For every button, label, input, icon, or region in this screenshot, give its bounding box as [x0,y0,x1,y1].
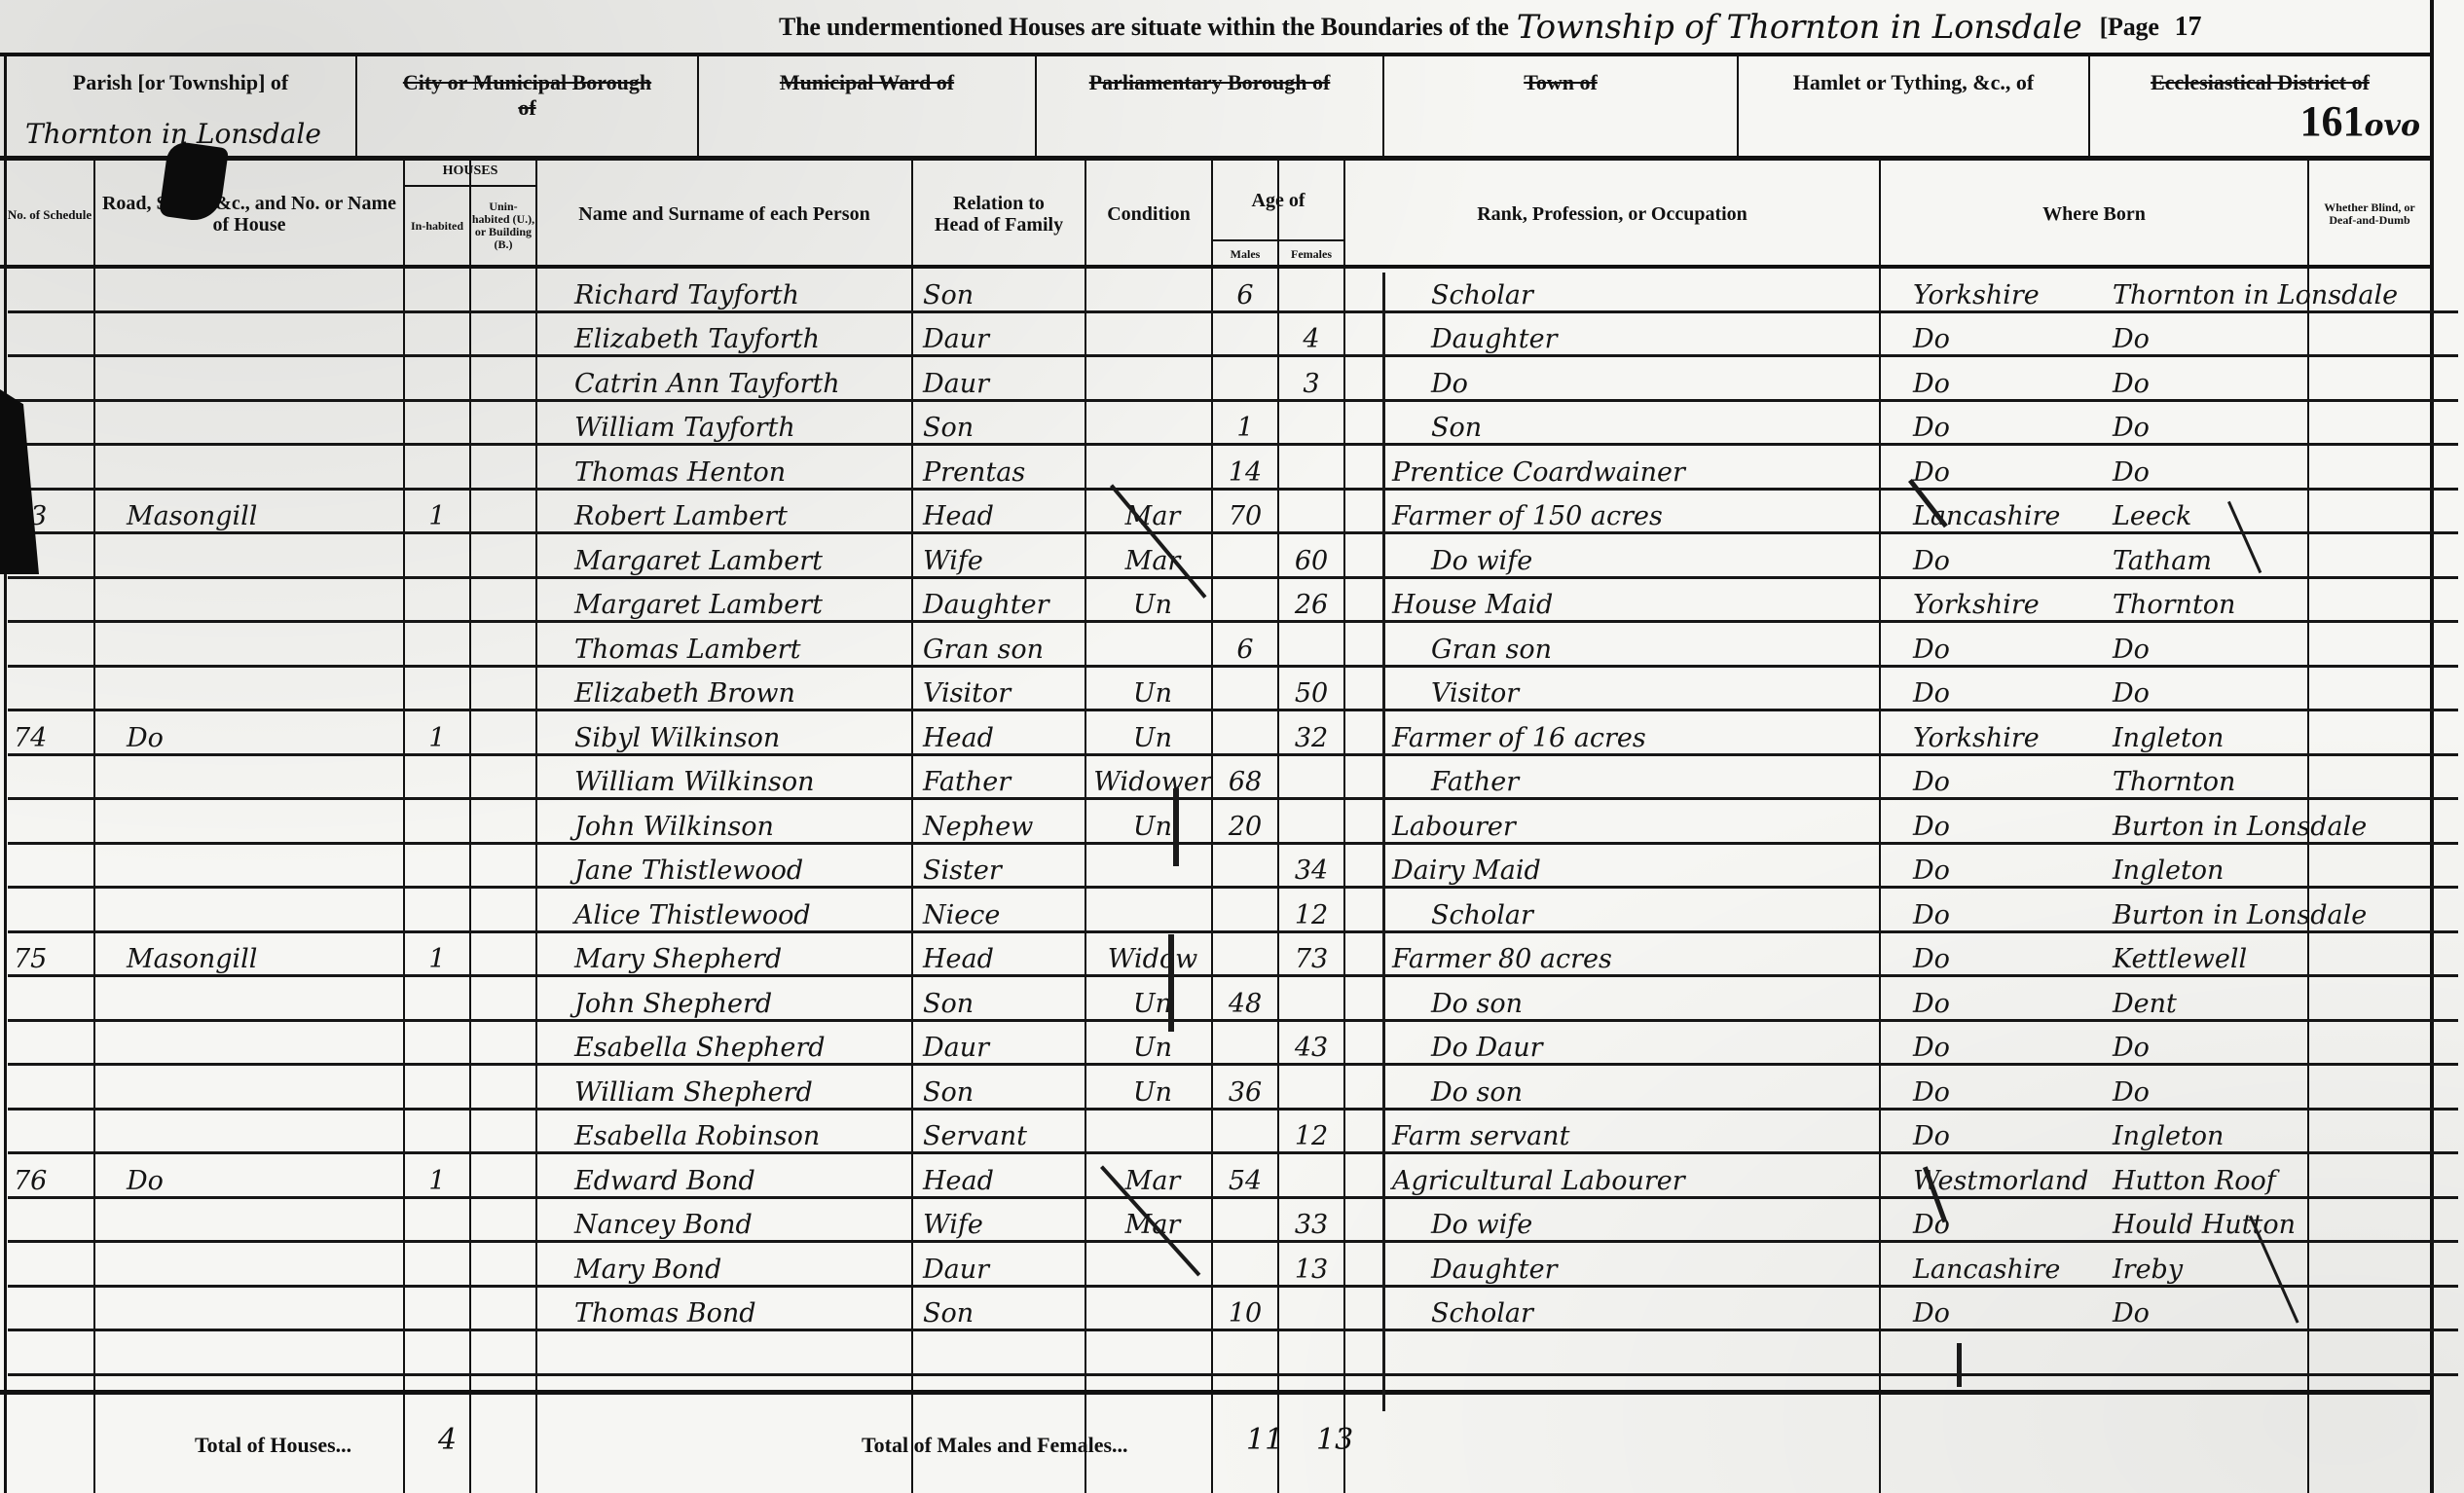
cell-schedule [14,1243,92,1288]
cell-male-age: 10 [1213,1288,1277,1332]
cell-house [127,1022,399,1067]
total-persons-label: Total of Males and Females... [862,1433,1128,1458]
totals-row: Total of Houses... 4 Total of Males and … [0,1394,2464,1481]
cell-born-county: Lancashire [1913,1243,2088,1288]
cell-inhabited [405,1111,469,1155]
cell-born-place: Do [2113,1288,2307,1332]
cell-relation: Father [923,756,1085,801]
cell-relation: Wife [923,1199,1085,1244]
cell-relation: Son [923,1288,1085,1332]
cell-house [127,313,399,358]
cell-house: Do [127,1154,399,1199]
cell-occupation: Do [1392,357,1879,402]
cell-condition [1094,313,1211,358]
cell-blind [2309,269,2430,313]
cell-condition: Widow [1094,933,1211,978]
census-row: Esabella ShepherdDaurUn43Do DaurDoDo [0,1022,2464,1067]
tally-mark [1173,788,1179,866]
cell-female-age: 73 [1279,933,1343,978]
boundary-label: Town of [1384,70,1737,95]
cell-blind [2309,1154,2430,1199]
census-row: 76Do1Edward BondHeadMar54Agricultural La… [0,1154,2464,1199]
cell-condition [1094,623,1211,668]
census-row: John ShepherdSonUn48Do sonDoDent [0,977,2464,1022]
cell-female-age: 50 [1279,668,1343,712]
cell-relation: Niece [923,889,1085,933]
cell-born-county: Do [1913,933,2088,978]
cell-house [127,269,399,313]
cell-born-county: Do [1913,889,2088,933]
cell-male-age: 54 [1213,1154,1277,1199]
cell-female-age [1279,977,1343,1022]
cell-male-age: 20 [1213,800,1277,845]
cell-house: Masongill [127,933,399,978]
cell-inhabited [405,269,469,313]
col-header-males: Males [1213,241,1277,267]
cell-name: John Wilkinson [574,800,915,845]
cell-condition: Un [1094,668,1211,712]
cell-occupation: Scholar [1392,1288,1879,1332]
cell-relation: Prentas [923,446,1085,491]
cell-name: Thomas Henton [574,446,915,491]
cell-name: Richard Tayforth [574,269,915,313]
census-row: William WilkinsonFatherWidower68FatherDo… [0,756,2464,801]
cell-name: Margaret Lambert [574,534,915,579]
census-row: Thomas HentonPrentas14Prentice Coardwain… [0,446,2464,491]
cell-condition [1094,1111,1211,1155]
cell-born-place: Ingleton [2113,845,2307,890]
cell-blind [2309,1331,2430,1376]
cell-house [127,1331,399,1376]
cell-relation: Daughter [923,579,1085,624]
cell-occupation: Do son [1392,977,1879,1022]
cell-condition: Un [1094,1066,1211,1111]
census-row: Jane ThistlewoodSister34Dairy MaidDoIngl… [0,845,2464,890]
census-row: Alice ThistlewoodNiece12ScholarDoBurton … [0,889,2464,933]
cell-male-age [1213,933,1277,978]
census-row: Nancey BondWifeMar33Do wifeDoHould Hutto… [0,1199,2464,1244]
cell-born-county: Do [1913,357,2088,402]
cell-house [127,1066,399,1111]
cell-relation: Visitor [923,668,1085,712]
cell-occupation: Farmer of 150 acres [1392,491,1879,535]
cell-house [127,1288,399,1332]
cell-male-age: 14 [1213,446,1277,491]
cell-schedule: 76 [14,1154,92,1199]
cell-schedule [14,668,92,712]
cell-born-county: Do [1913,402,2088,447]
cell-born-place: Burton in Lonsdale [2113,889,2307,933]
cell-inhabited [405,889,469,933]
cell-name: Elizabeth Brown [574,668,915,712]
cell-house [127,756,399,801]
cell-blind [2309,446,2430,491]
cell-schedule [14,1331,92,1376]
cell-born-place: Thornton [2113,756,2307,801]
cell-blind [2309,1111,2430,1155]
cell-condition [1094,357,1211,402]
cell-female-age [1279,756,1343,801]
cell-male-age [1213,313,1277,358]
title-prefix: The undermentioned Houses are situate wi… [779,13,1509,42]
cell-male-age [1213,357,1277,402]
cell-born-place: Do [2113,668,2307,712]
cell-occupation: Do wife [1392,1199,1879,1244]
cell-inhabited [405,845,469,890]
cell-condition: Mar [1094,534,1211,579]
cell-name: Catrin Ann Tayforth [574,357,915,402]
cell-blind [2309,1199,2430,1244]
cell-inhabited [405,1022,469,1067]
cell-male-age [1213,579,1277,624]
cell-schedule [14,845,92,890]
cell-female-age: 3 [1279,357,1343,402]
cell-blind [2309,668,2430,712]
cell-inhabited [405,1288,469,1332]
cell-name: Alice Thistlewood [574,889,915,933]
census-row: 73Masongill1Robert LambertHeadMar70Farme… [0,491,2464,535]
cell-schedule [14,889,92,933]
census-row: Catrin Ann TayforthDaur3DoDoDo [0,357,2464,402]
cell-relation: Head [923,1154,1085,1199]
cell-male-age [1213,1243,1277,1288]
cell-inhabited [405,1066,469,1111]
cell-born-place: Do [2113,1022,2307,1067]
cell-occupation: Daughter [1392,313,1879,358]
cell-occupation: Farm servant [1392,1111,1879,1155]
boundary-ecclesiastical: Ecclesiastical District of 161ovo [2090,56,2430,154]
cell-born-place: Burton in Lonsdale [2113,800,2307,845]
cell-female-age [1279,623,1343,668]
cell-blind [2309,800,2430,845]
cell-house [127,623,399,668]
cell-condition [1094,889,1211,933]
cell-male-age [1213,534,1277,579]
cell-name: Thomas Bond [574,1288,915,1332]
cell-inhabited [405,534,469,579]
cell-name: Esabella Robinson [574,1111,915,1155]
cell-born-place: Hould Hutton [2113,1199,2307,1244]
cell-blind [2309,977,2430,1022]
cell-house [127,845,399,890]
cell-name: Thomas Lambert [574,623,915,668]
cell-born-place: Do [2113,623,2307,668]
cell-condition: Un [1094,1022,1211,1067]
cell-blind [2309,845,2430,890]
census-row: John WilkinsonNephewUn20LabourerDoBurton… [0,800,2464,845]
cell-female-age: 26 [1279,579,1343,624]
district-suffix: ovo [2365,109,2420,143]
cell-born-place: Kettlewell [2113,933,2307,978]
cell-blind [2309,1243,2430,1288]
cell-inhabited: 1 [405,711,469,756]
cell-house [127,357,399,402]
cell-relation: Son [923,977,1085,1022]
row-rule [8,1373,2458,1376]
cell-house [127,800,399,845]
cell-schedule [14,977,92,1022]
col-header-blind: Whether Blind, or Deaf-and-Dumb [2309,162,2430,267]
cell-condition: Un [1094,800,1211,845]
cell-name: John Shepherd [574,977,915,1022]
cell-born-place: Do [2113,357,2307,402]
cell-blind [2309,1288,2430,1332]
cell-relation: Son [923,402,1085,447]
cell-male-age [1213,1022,1277,1067]
cell-born-county [1913,1331,2088,1376]
cell-house [127,446,399,491]
col-header-age: Age of [1213,162,1343,239]
boundary-label: City or Municipal Borough of [357,70,697,121]
cell-name: William Tayforth [574,402,915,447]
cell-female-age: 32 [1279,711,1343,756]
cell-name: William Wilkinson [574,756,915,801]
cell-name: Edward Bond [574,1154,915,1199]
cell-blind [2309,756,2430,801]
cell-female-age [1279,402,1343,447]
cell-born-county: Do [1913,1066,2088,1111]
title-handwritten-place: Township of Thornton in Lonsdale [1517,8,2082,47]
total-females-value: 13 [1316,1423,1353,1457]
cell-house [127,1243,399,1288]
total-houses-value: 4 [438,1423,457,1457]
boundary-hamlet: Hamlet or Tything, &c., of [1739,56,2088,154]
cell-occupation: Agricultural Labourer [1392,1154,1879,1199]
cell-blind [2309,889,2430,933]
cell-male-age: 36 [1213,1066,1277,1111]
cell-blind [2309,357,2430,402]
cell-condition [1094,1331,1211,1376]
cell-inhabited [405,357,469,402]
cell-blind [2309,1066,2430,1111]
cell-male-age [1213,1199,1277,1244]
district-number: 161ovo [2300,96,2420,146]
cell-schedule: 75 [14,933,92,978]
cell-born-county: Do [1913,534,2088,579]
cell-female-age: 60 [1279,534,1343,579]
cell-blind [2309,1022,2430,1067]
cell-relation: Daur [923,1243,1085,1288]
cell-born-place: Thornton in Lonsdale [2113,269,2307,313]
cell-occupation [1392,1331,1879,1376]
cell-female-age [1279,1154,1343,1199]
cell-blind [2309,534,2430,579]
cell-born-county: Do [1913,1111,2088,1155]
cell-born-place: Thornton [2113,579,2307,624]
cell-schedule [14,1066,92,1111]
cell-inhabited: 1 [405,491,469,535]
cell-born-place: Do [2113,402,2307,447]
cell-inhabited: 1 [405,1154,469,1199]
cell-born-place: Do [2113,313,2307,358]
cell-house [127,977,399,1022]
cell-house: Masongill [127,491,399,535]
cell-relation: Head [923,711,1085,756]
bracket-line [1382,273,1385,1411]
cell-blind [2309,623,2430,668]
cell-condition: Un [1094,977,1211,1022]
cell-born-county: Do [1913,1288,2088,1332]
cell-born-place: Tatham [2113,534,2307,579]
cell-condition: Widower [1094,756,1211,801]
cell-name [574,1331,915,1376]
cell-name: Margaret Lambert [574,579,915,624]
census-page: The undermentioned Houses are situate wi… [0,0,2464,1493]
census-row: 74Do1Sibyl WilkinsonHeadUn32Farmer of 16… [0,711,2464,756]
boundary-label: Ecclesiastical District of [2090,70,2430,95]
cell-born-place: Dent [2113,977,2307,1022]
col-header-inhabited: In-habited [405,187,469,265]
cell-name: Elizabeth Tayforth [574,313,915,358]
col-header-uninhabited: Unin-habited (U.), or Building (B.) [471,187,535,265]
census-row: Margaret LambertWifeMar60Do wifeDoTatham [0,534,2464,579]
col-header-street: Road, Street, &c., and No. or Name of Ho… [95,162,403,267]
cell-male-age [1213,889,1277,933]
cell-born-county: Lancashire [1913,491,2088,535]
census-row: William ShepherdSonUn36Do sonDoDo [0,1066,2464,1111]
cell-inhabited [405,1199,469,1244]
cell-occupation: Labourer [1392,800,1879,845]
cell-male-age: 48 [1213,977,1277,1022]
boundary-value: Thornton in Lonsdale [25,118,321,150]
cell-born-place [2113,1331,2307,1376]
cell-relation: Head [923,933,1085,978]
cell-born-county: Do [1913,845,2088,890]
census-row: Esabella RobinsonServant12Farm servantDo… [0,1111,2464,1155]
census-row: Elizabeth TayforthDaur4DaughterDoDo [0,313,2464,358]
district-number-value: 161 [2300,97,2365,145]
cell-occupation: Son [1392,402,1879,447]
cell-born-county: Do [1913,977,2088,1022]
census-row: Elizabeth BrownVisitorUn50VisitorDoDo [0,668,2464,712]
cell-born-county: Do [1913,1022,2088,1067]
cell-relation: Daur [923,1022,1085,1067]
cell-house [127,668,399,712]
cell-blind [2309,491,2430,535]
cell-blind [2309,933,2430,978]
census-row: Thomas LambertGran son6Gran sonDoDo [0,623,2464,668]
cell-inhabited [405,313,469,358]
cell-house [127,1111,399,1155]
page-title-line: The undermentioned Houses are situate wi… [779,6,2425,49]
cell-relation: Sister [923,845,1085,890]
cell-condition: Mar [1094,491,1211,535]
cell-male-age: 6 [1213,623,1277,668]
cell-occupation: Do Daur [1392,1022,1879,1067]
cell-schedule [14,623,92,668]
cell-born-place: Do [2113,1066,2307,1111]
cell-occupation: Scholar [1392,889,1879,933]
cell-occupation: Farmer 80 acres [1392,933,1879,978]
col-header-houses: HOUSES [405,164,535,185]
total-males-value: 11 [1246,1423,1283,1457]
cell-female-age: 13 [1279,1243,1343,1288]
cell-female-age: 4 [1279,313,1343,358]
cell-name: William Shepherd [574,1066,915,1111]
rule-header [0,156,2434,161]
cell-male-age: 6 [1213,269,1277,313]
cell-house [127,534,399,579]
cell-inhabited [405,977,469,1022]
page-label: [Page [2100,13,2159,42]
cell-occupation: Visitor [1392,668,1879,712]
cell-occupation: Do wife [1392,534,1879,579]
cell-occupation: Farmer of 16 acres [1392,711,1879,756]
total-houses-label: Total of Houses... [195,1433,351,1458]
cell-schedule [14,357,92,402]
census-row: William TayforthSon1SonDoDo [0,402,2464,447]
cell-occupation: Scholar [1392,269,1879,313]
cell-name: Esabella Shepherd [574,1022,915,1067]
tally-mark [1168,934,1174,1032]
cell-female-age: 43 [1279,1022,1343,1067]
col-header-schedule: No. of Schedule [6,162,93,267]
census-row [0,1331,2464,1376]
cell-schedule [14,756,92,801]
cell-schedule [14,313,92,358]
cell-born-place: Ingleton [2113,711,2307,756]
cell-condition: Un [1094,711,1211,756]
col-header-relation: Relation to Head of Family [913,162,1085,267]
boundary-parish: Parish [or Township] of Thornton in Lons… [6,56,355,154]
cell-name: Mary Bond [574,1243,915,1288]
cell-schedule [14,1111,92,1155]
cell-schedule [14,1288,92,1332]
cell-inhabited [405,446,469,491]
cell-name: Robert Lambert [574,491,915,535]
cell-inhabited [405,402,469,447]
cell-house [127,889,399,933]
cell-female-age [1279,1288,1343,1332]
cell-house: Do [127,711,399,756]
cell-relation: Daur [923,357,1085,402]
cell-condition [1094,269,1211,313]
cell-inhabited [405,623,469,668]
cell-female-age [1279,800,1343,845]
col-header-condition: Condition [1086,162,1211,267]
cell-male-age: 70 [1213,491,1277,535]
cell-occupation: Dairy Maid [1392,845,1879,890]
cell-occupation: Prentice Coardwainer [1392,446,1879,491]
cell-schedule [14,579,92,624]
cell-female-age: 12 [1279,1111,1343,1155]
cell-occupation: Father [1392,756,1879,801]
cell-female-age [1279,491,1343,535]
cell-male-age: 68 [1213,756,1277,801]
cell-female-age [1279,269,1343,313]
col-header-occupation: Rank, Profession, or Occupation [1345,162,1879,267]
cell-male-age [1213,1111,1277,1155]
cell-male-age [1213,711,1277,756]
cell-blind [2309,711,2430,756]
cell-house [127,1199,399,1244]
cell-relation: Son [923,269,1085,313]
boundary-borough: City or Municipal Borough of [357,56,697,154]
boundary-town: Town of [1384,56,1737,154]
cell-schedule: 74 [14,711,92,756]
cell-born-county: Do [1913,668,2088,712]
census-row: Richard TayforthSon6ScholarYorkshireThor… [0,269,2464,313]
cell-relation: Gran son [923,623,1085,668]
cell-male-age: 1 [1213,402,1277,447]
cell-schedule [14,1022,92,1067]
cell-condition [1094,402,1211,447]
cell-born-county: Yorkshire [1913,579,2088,624]
cell-born-county: Do [1913,623,2088,668]
cell-male-age [1213,1331,1277,1376]
cell-female-age: 34 [1279,845,1343,890]
cell-house [127,402,399,447]
